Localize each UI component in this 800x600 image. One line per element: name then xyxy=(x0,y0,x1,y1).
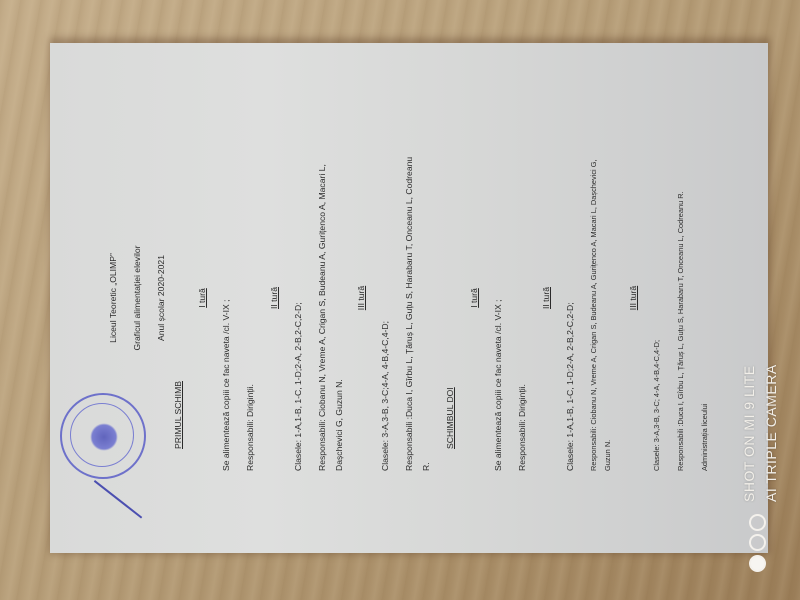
schimb2-tura3-heading: III tură xyxy=(628,43,639,553)
schimb2-tura1-responsabili: Responsabili: Diriginții. xyxy=(517,384,528,471)
schimb1-tura1-heading: I tură xyxy=(197,43,208,553)
watermark-line-1: SHOT ON MI 9 LITE xyxy=(741,365,757,502)
official-round-stamp-icon xyxy=(60,393,146,479)
schimb1-tura2-heading: II tură xyxy=(269,43,280,553)
schimb1-heading: PRIMUL SCHIMB xyxy=(173,381,184,449)
schimb2-tura2-clase: Clasele: 1-A,1-B, 1-C, 1-D;2-A, 2-B,2-C,… xyxy=(565,302,576,471)
schimb1-tura2-responsabili-2: Dașchevici G, Guzun N. xyxy=(334,379,345,471)
schimb2-tura2-heading: II tură xyxy=(541,43,552,553)
schimb1-tura2-clase: Clasele: 1-A,1-B, 1-C, 1-D;2-A, 2-B,2-C,… xyxy=(293,302,304,471)
watermark-dot-outline-icon xyxy=(749,534,766,551)
watermark-line-2: AI TRIPLE CAMERA xyxy=(763,364,779,502)
schimb1-tura2-responsabili-1: Responsabili: Ciobanu N, Vreme A, Crigan… xyxy=(317,164,328,471)
schimb1-tura3-responsabili-2: R. xyxy=(421,462,432,471)
watermark-dot-outline-icon xyxy=(749,514,766,531)
schimb1-tura1-text: Se alimentează copiii ce fac naveta /cl.… xyxy=(221,300,232,472)
schimb1-tura3-responsabili-1: Responsabili :Duca I, Gîrbu L, Țăruș L, … xyxy=(404,157,415,471)
schimb2-tura2-responsabili-1: Responsabili: Ciobanu N, Vreme A, Crigan… xyxy=(589,159,598,471)
watermark-dot-filled-icon xyxy=(749,555,766,572)
schimb2-tura3-responsabili: Responsabili :Duca I, Gîrbu L, Țăruș L, … xyxy=(676,191,685,471)
paper-sheet: Liceul Teoretic „OLIMP” Graficul aliment… xyxy=(50,43,768,553)
document-title: Graficul alimentației elevilor xyxy=(132,43,143,553)
school-year: Anul școlar 2020-2021 xyxy=(156,43,167,553)
schimb2-tura3-clase: Clasele: 3-A,3-B, 3-C; 4-A, 4-B,4-C,4-D; xyxy=(652,340,661,471)
document-page: Liceul Teoretic „OLIMP” Graficul aliment… xyxy=(50,43,768,553)
schimb1-tura3-heading: III tură xyxy=(356,43,367,553)
schimb2-tura1-text: Se alimentează copiii ce fac naveta /cl.… xyxy=(493,300,504,472)
footer-administration: Administrația liceului xyxy=(700,404,709,471)
schimb1-tura3-clase: Clasele: 3-A,3-B, 3-C;4-A, 4-B,4-C,4-D; xyxy=(380,321,391,471)
schimb2-tura2-responsabili-2: Guzun N. xyxy=(603,440,612,471)
schimb2-tura1-heading: I tură xyxy=(469,43,480,553)
schimb2-heading: SCHIMBUL DOI xyxy=(445,387,456,449)
schimb1-tura1-responsabili: Responsabili: Diriginții. xyxy=(245,384,256,471)
stamp-emblem-icon xyxy=(90,423,118,451)
